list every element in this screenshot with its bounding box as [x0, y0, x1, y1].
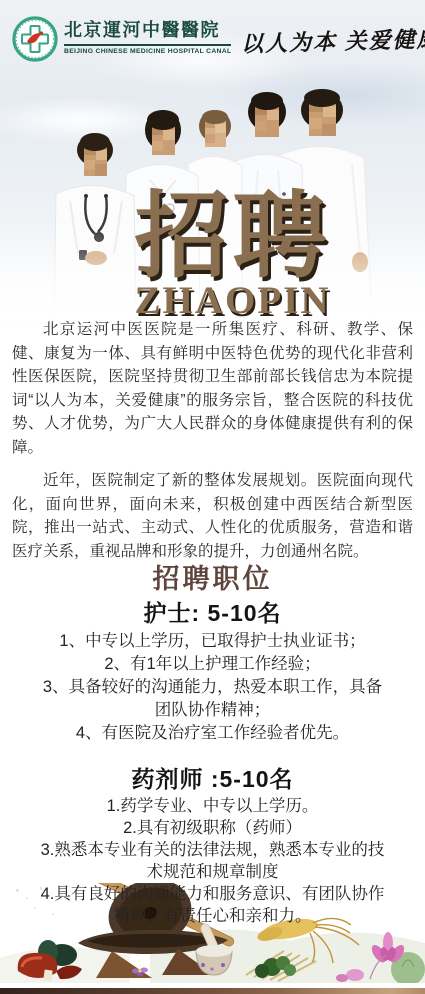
requirement-item: 3、具备较好的沟通能力，热爱本职工作，具备团队协作精神；	[37, 676, 389, 722]
job-pharmacist-title: 药剂师 :5-10名	[0, 765, 425, 794]
hospital-name-block: 北京運河中醫醫院 BEIJING CHINESE MEDICINE HOSPIT…	[64, 16, 231, 55]
hospital-name-en: BEIJING CHINESE MEDICINE HOSPITAL CANAL	[64, 48, 231, 55]
job-nurse-title: 护士: 5-10名	[0, 599, 425, 628]
job-nurse-requirements: 1、中专以上学历，已取得护士执业证书； 2、有1年以上护理工作经验； 3、具备较…	[37, 630, 389, 745]
job-pharmacist: 药剂师 :5-10名 1.药学专业、中专以上学历。 2.具有初级职称（药师） 3…	[0, 765, 425, 928]
intro-section: 北京运河中医医院是一所集医疗、科研、教学、保健、康复为一体、具有鲜明中医特色优势…	[0, 318, 425, 563]
recruitment-poster: 北京運河中醫醫院 BEIJING CHINESE MEDICINE HOSPIT…	[0, 0, 425, 994]
intro-paragraph-2: 近年，医院制定了新的整体发展规划。医院面向现代化，面向世界，面向未来，积极创建中…	[12, 469, 413, 563]
hospital-name-zh: 北京運河中醫醫院	[64, 16, 231, 46]
requirement-item: 2、有1年以上护理工作经验；	[37, 653, 389, 676]
positions-section-title: 招聘职位	[0, 563, 425, 597]
requirement-item: 4.具有良好的沟通能力和服务意识、有团队协作精神、有责任心和亲和力。	[37, 883, 389, 927]
hero-title: 招聘 ZHAOPIN	[0, 189, 425, 323]
calligraphy-slogan: 以人为本 关爱健康	[241, 22, 425, 58]
requirement-item: 3.熟悉本专业有关的法律法规，熟悉本专业的技术规范和规章制度	[37, 839, 389, 883]
content: 北京运河中医医院是一所集医疗、科研、教学、保健、康复为一体、具有鲜明中医特色优势…	[0, 312, 425, 927]
hospital-logo-icon	[12, 16, 58, 67]
requirement-item: 1、中专以上学历，已取得护士执业证书；	[37, 630, 389, 653]
lingzhi-illustration	[18, 940, 82, 981]
requirement-item: 1.药学专业、中专以上学历。	[37, 795, 389, 817]
requirement-item: 4、有医院及治疗室工作经验者优先。	[37, 722, 389, 745]
requirement-item: 2.具有初级职称（药师）	[37, 817, 389, 839]
bottom-gradient-bar	[0, 988, 425, 994]
intro-paragraph-1: 北京运河中医医院是一所集医疗、科研、教学、保健、康复为一体、具有鲜明中医特色优势…	[12, 318, 413, 459]
job-pharmacist-requirements: 1.药学专业、中专以上学历。 2.具有初级职称（药师） 3.熟悉本专业有关的法律…	[37, 795, 389, 927]
header: 北京運河中醫醫院 BEIJING CHINESE MEDICINE HOSPIT…	[12, 16, 419, 67]
job-nurse: 护士: 5-10名 1、中专以上学历，已取得护士执业证书； 2、有1年以上护理工…	[0, 599, 425, 745]
recruit-title-zh: 招聘	[40, 189, 425, 283]
